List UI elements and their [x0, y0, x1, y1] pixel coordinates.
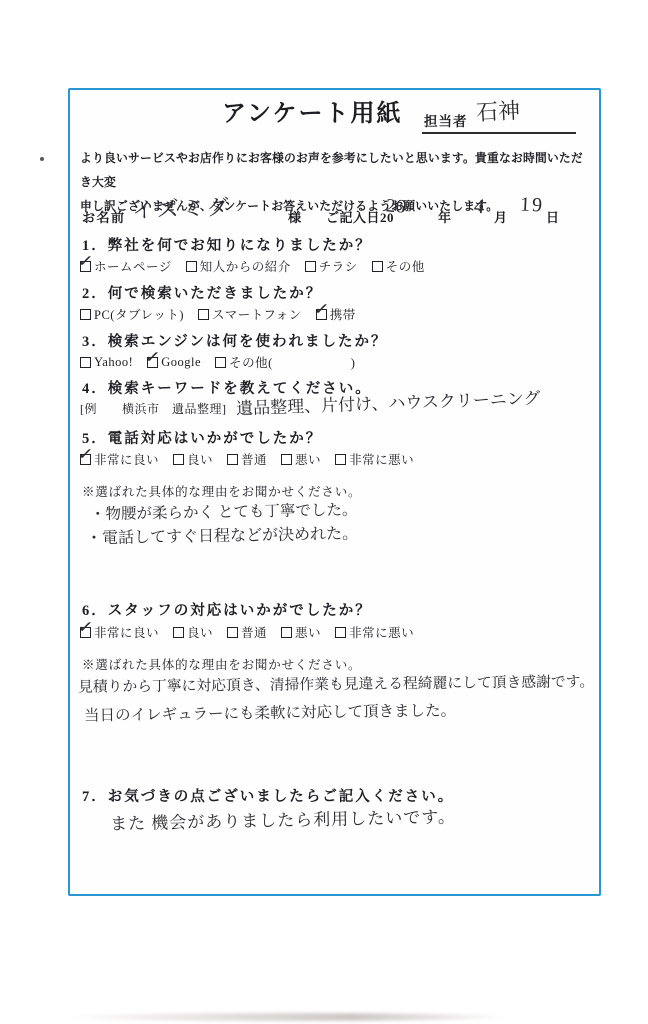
checkbox-option: ✓ その他: [372, 257, 425, 275]
checkbox-option: ✓ チラシ: [305, 257, 358, 275]
year-label: 年: [438, 207, 451, 226]
option-label: スマートフォン: [212, 305, 302, 323]
scan-artifact-smudge: [60, 1013, 510, 1021]
checkbox: ✓: [316, 309, 327, 320]
checkbox-option: ✓ 普通: [227, 450, 267, 468]
checkbox: ✓: [80, 309, 91, 320]
checkmark-icon: ✓: [77, 616, 95, 639]
checkbox-option: ✓ 非常に悪い: [335, 623, 414, 641]
question-5-title: 5．電話対応はいかがでしたか？: [82, 427, 322, 448]
option-label: その他( ): [229, 353, 355, 371]
option-label: 悪い: [295, 450, 321, 468]
staff-label: 担当者: [424, 110, 468, 130]
checkbox: ✓: [80, 357, 91, 368]
question-2-title: 2．何で検索いただきましたか？: [82, 282, 322, 303]
date-year-handwritten: 26: [385, 195, 405, 218]
question-6-reason-prompt: ※選ばれた具体的な理由をお聞かせください。: [82, 655, 361, 673]
checkbox: ✓: [173, 627, 184, 638]
checkbox-option: ✓ スマートフォン: [198, 305, 302, 323]
option-label: Yahoo!: [94, 355, 133, 370]
question-5-answer-line-2-handwritten: ・電話してすぐ日程などが決めれた。: [86, 521, 358, 549]
checkmark-icon: ✓: [77, 250, 95, 273]
checkbox: ✓: [215, 357, 226, 368]
question-7-answer-handwritten: また 機会がありましたら利用したいです。: [110, 802, 456, 834]
question-5-reason-prompt: ※選ばれた具体的な理由をお聞かせください。: [82, 482, 361, 500]
question-1-title: 1．弊社を何でお知りになりましたか？: [82, 234, 372, 255]
checkbox: ✓: [281, 454, 292, 465]
option-label: 普通: [241, 450, 267, 468]
option-label: 良い: [187, 623, 213, 641]
checkbox: ✓: [80, 627, 91, 638]
date-month-handwritten: 4: [473, 194, 486, 220]
checkbox-option: ✓ 良い: [173, 623, 213, 641]
question-4-example: [例 横浜市 遺品整理]: [80, 400, 227, 417]
question-2-options: ✓ PC(タブレット) ✓ スマートフォン ✓ 携帯: [80, 305, 356, 323]
option-label: 携帯: [330, 305, 356, 323]
day-label: 日: [546, 207, 559, 226]
option-label: 普通: [241, 623, 267, 641]
checkbox: ✓: [147, 357, 158, 368]
checkbox-option: ✓ Google: [147, 353, 201, 371]
question-1-options: ✓ ホームページ ✓ 知人からの紹介 ✓ チラシ ✓ その他: [80, 257, 425, 275]
checkbox-option: ✓ ホームページ: [80, 257, 172, 275]
date-day-handwritten: 19: [519, 193, 544, 217]
date-label: ご記入日20: [326, 207, 394, 226]
scanned-questionnaire-page: アンケート用紙 担当者 石神 より良いサービスやお店作りにお客様のお声を参考にし…: [0, 0, 648, 1024]
month-label: 月: [494, 207, 507, 226]
checkbox-option: ✓ 非常に悪い: [335, 450, 414, 468]
form-title: アンケート用紙: [222, 93, 403, 128]
checkbox-option: ✓ 悪い: [281, 623, 321, 641]
question-6-answer-line-2-handwritten: 当日のイレギュラーにも柔軟に対応して頂きました。: [84, 698, 456, 725]
checkbox: ✓: [281, 627, 292, 638]
checkbox-option: ✓ PC(タブレット): [80, 305, 184, 323]
checkbox: ✓: [80, 261, 91, 272]
question-5-options: ✓ 非常に良い ✓ 良い ✓ 普通 ✓ 悪い ✓ 非常に悪い: [80, 450, 414, 468]
name-label: お名前: [82, 207, 126, 226]
checkmark-icon: ✓: [144, 346, 162, 369]
checkbox-option: ✓ Yahoo!: [80, 353, 133, 371]
option-label: Google: [161, 355, 201, 370]
question-6-answer-line-1-handwritten: 見積りから丁寧に対応頂き、清掃作業も見違える程綺麗にして頂き感謝です。: [78, 670, 594, 696]
checkbox: ✓: [186, 261, 197, 272]
option-label: 知人からの紹介: [200, 257, 291, 275]
option-label: その他: [386, 257, 425, 275]
option-label: 悪い: [295, 623, 321, 641]
option-label: 非常に良い: [94, 450, 159, 468]
checkmark-icon: ✓: [77, 443, 95, 466]
option-label: ホームページ: [94, 257, 172, 275]
option-label: チラシ: [319, 257, 358, 275]
question-3-options: ✓ Yahoo! ✓ Google ✓ その他( ): [80, 353, 355, 371]
name-value-handwritten: イズミダ: [131, 190, 232, 224]
checkbox-option: ✓ 知人からの紹介: [186, 257, 291, 275]
honorific-label: 様: [288, 207, 301, 226]
checkbox-option: ✓ 普通: [227, 623, 267, 641]
checkbox: ✓: [335, 454, 346, 465]
question-6-options: ✓ 非常に良い ✓ 良い ✓ 普通 ✓ 悪い ✓ 非常に悪い: [80, 623, 414, 641]
scan-artifact-dot: [40, 157, 44, 161]
checkbox-option: ✓ その他( ): [215, 353, 355, 371]
checkbox-option: ✓ 悪い: [281, 450, 321, 468]
checkbox: ✓: [335, 627, 346, 638]
checkbox: ✓: [173, 454, 184, 465]
checkbox: ✓: [372, 261, 383, 272]
checkbox-option: ✓ 非常に良い: [80, 450, 159, 468]
option-label: 非常に良い: [94, 623, 159, 641]
intro-line-1: より良いサービスやお店作りにお客様のお声を参考にしたいと思います。貴重なお時間い…: [80, 146, 590, 194]
questionnaire-form: アンケート用紙 担当者 石神 より良いサービスやお店作りにお客様のお声を参考にし…: [68, 88, 601, 896]
checkbox-option: ✓ 携帯: [316, 305, 356, 323]
question-3-title: 3．検索エンジンは何を使われましたか？: [82, 330, 388, 351]
checkbox-option: ✓ 良い: [173, 450, 213, 468]
staff-name-handwritten: 石神: [475, 94, 521, 127]
checkbox: ✓: [305, 261, 316, 272]
option-label: 非常に悪い: [349, 623, 414, 641]
checkbox-option: ✓ 非常に良い: [80, 623, 159, 641]
option-label: PC(タブレット): [94, 305, 184, 323]
option-label: 非常に悪い: [349, 450, 414, 468]
checkbox: ✓: [198, 309, 209, 320]
question-6-title: 6．スタッフの対応はいかがでしたか？: [82, 599, 372, 620]
checkmark-icon: ✓: [312, 298, 330, 321]
staff-field: 担当者 石神: [422, 101, 576, 134]
option-label: 良い: [187, 450, 213, 468]
checkbox: ✓: [80, 454, 91, 465]
checkbox: ✓: [227, 454, 238, 465]
checkbox: ✓: [227, 627, 238, 638]
